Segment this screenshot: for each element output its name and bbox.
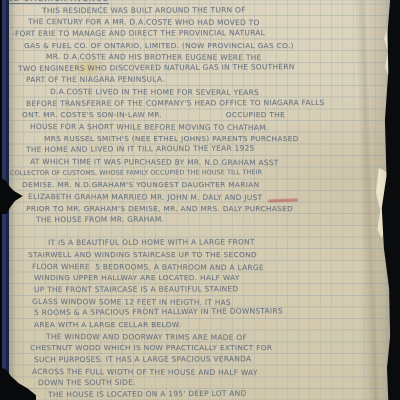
handwriting-line: UP THE FRONT STAIRCASE IS A BEAUTIFUL ST… xyxy=(34,283,390,296)
handwriting-line: IT IS A BEAUTIFUL OLD HOME WITH A LARGE … xyxy=(48,236,390,249)
handwriting-line: ELIZABETH GRAHAM MARRIED MR. JOHN M. DAL… xyxy=(28,191,390,204)
handwriting-line: DEMISE. MR. N.D.GRAHAM'S YOUNGEST DAUGHT… xyxy=(22,179,390,191)
scanned-document-photo: AND EMERICK AVENUE THIS RESIDENCE WAS BU… xyxy=(0,0,400,400)
handwriting-line: 5 ROOMS & A SPACIOUS FRONT HALLWAY IN TH… xyxy=(34,305,390,319)
handwriting-line: GAS & FUEL CO. OF ONTARIO, LIMITED. (NOW… xyxy=(24,40,390,52)
handwriting-line: SUCH PURPOSES. IT HAS A LARGE SPACIOUS V… xyxy=(34,353,390,366)
handwriting-line: HOUSE FOR A SHORT WHILE BEFORE MOVING TO… xyxy=(30,121,390,134)
handwriting-line: STAIRWELL AND WINDING STAIRCASE UP TO TH… xyxy=(28,249,390,261)
handwriting-line: THIS RESIDENCE WAS BUILT AROUND THE TURN… xyxy=(42,3,390,16)
handwriting-line: THE HOME AND LIVED IN IT TILL AROUND THE… xyxy=(26,142,390,156)
handwriting-line: FLOOR WHERE 5 BEDROOMS, A BATHROOM AND A… xyxy=(32,261,390,274)
handwriting-line: THE HOUSE IS LOCATED ON A 195' DEEP LOT … xyxy=(48,386,390,400)
handwriting-line: -FORT ERIE TO MANAGE AND DIRECT THE PROV… xyxy=(12,27,390,40)
handwriting-line: COLLECTOR OF CUSTOMS, WHOSE FAMILY OCCUP… xyxy=(10,166,390,179)
handwriting-lines: AND EMERICK AVENUE THIS RESIDENCE WAS BU… xyxy=(0,0,390,400)
handwriting-line: AREA WITH A LARGE CELLAR BELOW. xyxy=(34,319,390,331)
handwriting-line: PART OF THE NIAGARA PENINSULA. xyxy=(26,73,390,86)
handwriting-line: BEFORE TRANSFERRE OF THE COMPANY'S HEAD … xyxy=(26,96,390,109)
handwriting-line: THE WINDOW AND DOORWAY TRIMS ARE MADE OF xyxy=(46,331,390,344)
handwriting-line: ONT. MR. COSTE'S SON-IN-LAW MR. OCCUPIED… xyxy=(22,109,390,121)
